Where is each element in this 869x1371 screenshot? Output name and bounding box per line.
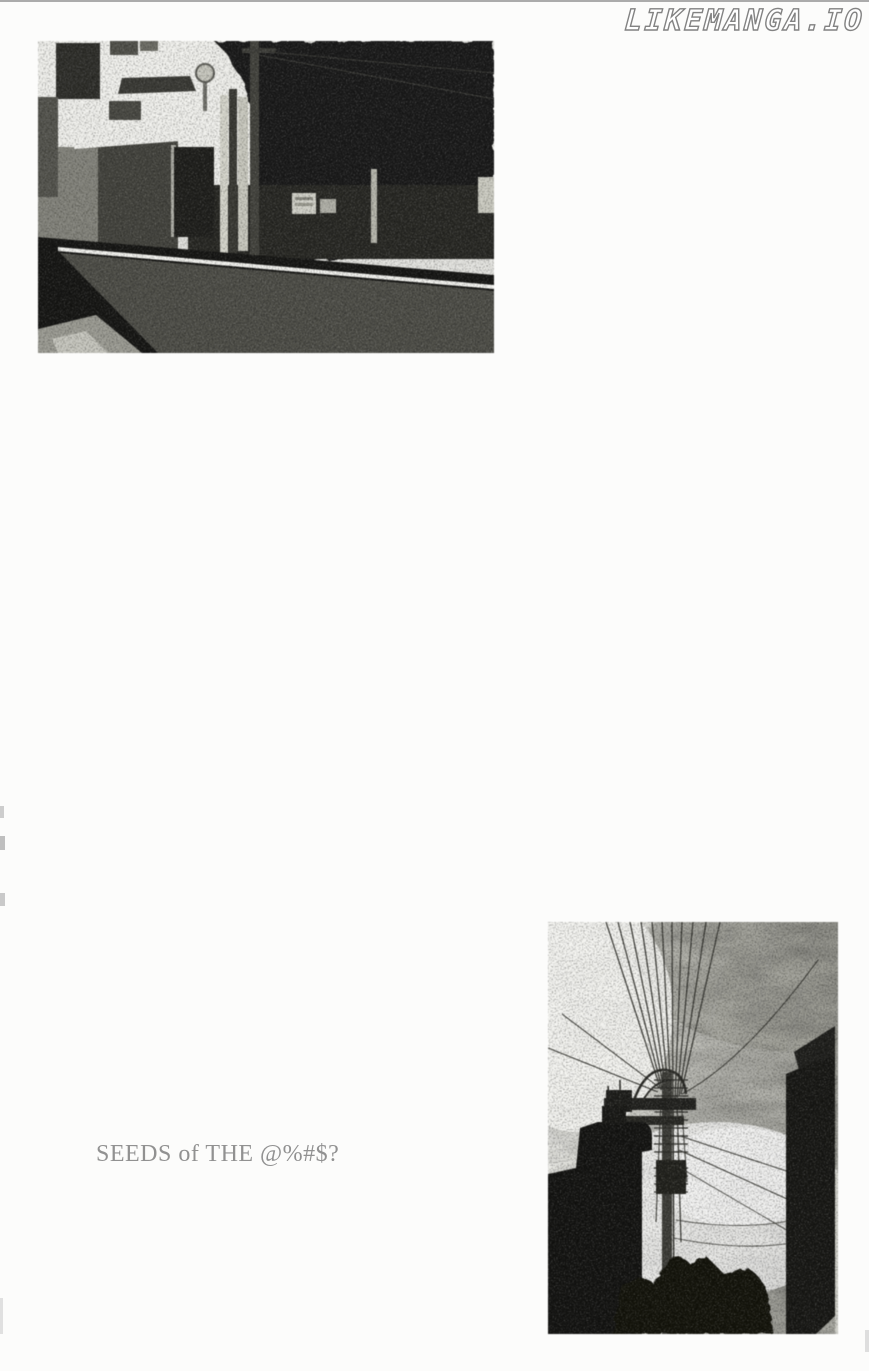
street-scene-photo: [38, 41, 494, 353]
utility-pole-photo-svg: [548, 922, 838, 1334]
utility-pole-photo: [548, 922, 838, 1334]
chapter-title: SEEDS of THE @%#$?: [96, 1140, 339, 1168]
site-watermark: LIKEMANGA.IO: [624, 3, 866, 37]
scan-artifact-4: [0, 1298, 3, 1334]
scan-artifact-5: [865, 1330, 869, 1352]
scan-artifact-3: [0, 893, 5, 906]
manga-page[interactable]: LIKEMANGA.IO: [0, 0, 869, 1371]
page-top-border: [0, 0, 869, 2]
scan-artifact-1: [0, 806, 4, 818]
street-scene-photo-svg: [38, 41, 494, 353]
scan-artifact-2: [0, 836, 5, 850]
